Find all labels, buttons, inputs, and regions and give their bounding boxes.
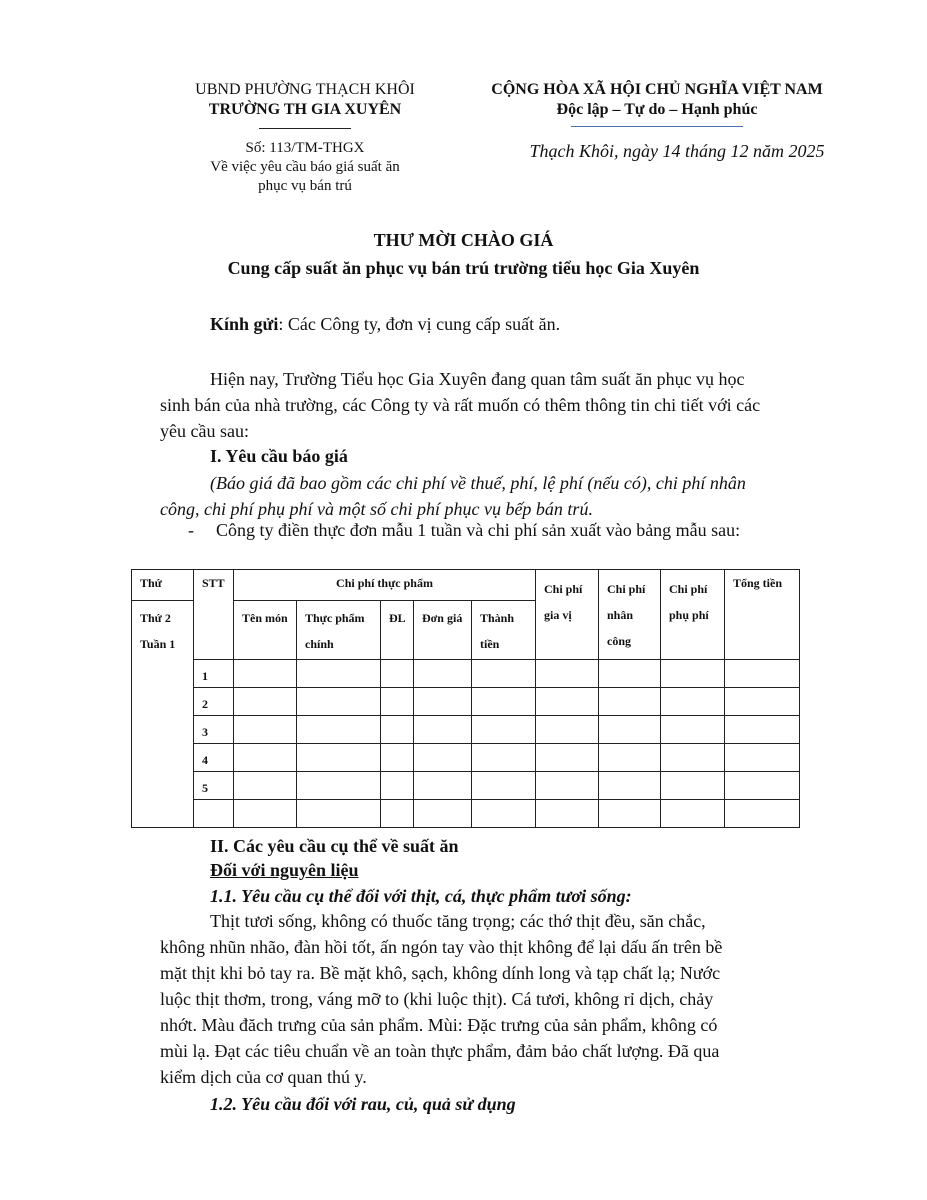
cell[interactable] — [234, 744, 297, 772]
row-number — [194, 800, 234, 828]
intro-line: Hiện nay, Trường Tiểu học Gia Xuyên đang… — [210, 369, 745, 389]
note-line: công, chi phí phụ phí và một số chi phí … — [160, 496, 838, 522]
table-row: 5 — [132, 772, 800, 800]
cell[interactable] — [472, 688, 536, 716]
subheader-amount: Thành tiền — [472, 601, 536, 660]
subheader-dish-name: Tên món — [234, 601, 297, 660]
body-line: không nhũn nhão, đàn hồi tốt, ấn ngón ta… — [160, 934, 838, 960]
header-extra-cost: Chi phí phụ phí — [661, 570, 725, 660]
row-number: 5 — [194, 772, 234, 800]
body-line: Thịt tươi sống, không có thuốc tăng trọn… — [210, 911, 706, 931]
document-number: Số: 113/TM-THGX — [170, 139, 440, 158]
subheader-unit-price: Đơn giá — [414, 601, 472, 660]
cell[interactable] — [297, 660, 381, 688]
cell[interactable] — [234, 660, 297, 688]
cell[interactable] — [661, 800, 725, 828]
item-1-2-title: 1.2. Yêu cầu đối với rau, củ, quả sử dụn… — [210, 1094, 516, 1115]
table-row: 2 — [132, 688, 800, 716]
authority-name: UBND PHƯỜNG THẠCH KHÔI — [170, 80, 440, 100]
table-row: 4 — [132, 744, 800, 772]
bullet-dash: - — [188, 520, 216, 541]
intro-line: sinh bán của nhà trường, các Công ty và … — [160, 392, 838, 418]
cell[interactable] — [297, 688, 381, 716]
subheader-main-food: Thực phẩm chính — [297, 601, 381, 660]
body-line: mùi lạ. Đạt các tiêu chuẩn về an toàn th… — [160, 1038, 838, 1064]
cell[interactable] — [536, 716, 599, 744]
section-1-heading: I. Yêu cầu báo giá — [210, 446, 348, 467]
title-sub: Cung cấp suất ăn phục vụ bán trú trường … — [0, 254, 927, 282]
day-label: Thứ 2 Tuần 1 — [132, 601, 194, 828]
school-name: TRƯỜNG TH GIA XUYÊN — [170, 100, 440, 120]
table-row: 3 — [132, 716, 800, 744]
cell[interactable] — [234, 688, 297, 716]
cell[interactable] — [725, 660, 800, 688]
header-labor-cost: Chi phí nhân công — [599, 570, 661, 660]
cell[interactable] — [234, 716, 297, 744]
national-motto: Độc lập – Tự do – Hạnh phúc — [462, 100, 852, 120]
intro-line: yêu cầu sau: — [160, 418, 838, 444]
cell[interactable] — [297, 772, 381, 800]
cell[interactable] — [661, 744, 725, 772]
intro-paragraph: Hiện nay, Trường Tiểu học Gia Xuyên đang… — [160, 366, 838, 444]
cell[interactable] — [472, 660, 536, 688]
cell[interactable] — [381, 716, 414, 744]
header-food-cost: Chi phí thực phẩm — [234, 570, 536, 601]
cell[interactable] — [599, 772, 661, 800]
nation-title: CỘNG HÒA XÃ HỘI CHỦ NGHĨA VIỆT NAM — [462, 80, 852, 100]
recipient-label: Kính gửi — [210, 314, 278, 334]
cell[interactable] — [381, 800, 414, 828]
note-line: (Báo giá đã bao gồm các chi phí về thuế,… — [210, 473, 746, 493]
table-row: 1 — [132, 660, 800, 688]
issuer-divider — [259, 128, 351, 129]
subject-line-1: Về việc yêu cầu báo giá suất ăn — [170, 158, 440, 177]
cell[interactable] — [297, 744, 381, 772]
header-total: Tổng tiền — [725, 570, 800, 660]
cell[interactable] — [725, 744, 800, 772]
cell[interactable] — [381, 688, 414, 716]
day-label-1: Thứ 2 — [140, 605, 185, 631]
cell[interactable] — [661, 660, 725, 688]
header-thu: Thứ — [132, 570, 194, 601]
section-1-note: (Báo giá đã bao gồm các chi phí về thuế,… — [160, 470, 838, 522]
body-line: luộc thịt thơm, trong, váng mỡ to (khi l… — [160, 986, 838, 1012]
cell[interactable] — [414, 800, 472, 828]
cell[interactable] — [661, 688, 725, 716]
cell[interactable] — [725, 772, 800, 800]
cell[interactable] — [536, 688, 599, 716]
row-number: 1 — [194, 660, 234, 688]
cell[interactable] — [725, 688, 800, 716]
recipient-line: Kính gửi: Các Công ty, đơn vị cung cấp s… — [210, 314, 560, 335]
cell[interactable] — [297, 716, 381, 744]
item-1-1-body: Thịt tươi sống, không có thuốc tăng trọn… — [160, 908, 838, 1090]
subheader-quantity: ĐL — [381, 601, 414, 660]
cell[interactable] — [661, 716, 725, 744]
cell[interactable] — [536, 660, 599, 688]
cell[interactable] — [381, 660, 414, 688]
header-stt: STT — [194, 570, 234, 660]
section-1-bullet: -Công ty điền thực đơn mẫu 1 tuần và chi… — [188, 520, 740, 541]
day-label-2: Tuần 1 — [140, 631, 185, 657]
cell[interactable] — [599, 716, 661, 744]
item-1-1-title: 1.1. Yêu cầu cụ thể đối với thịt, cá, th… — [210, 886, 632, 907]
subject-line-2: phục vụ bán trú — [170, 177, 440, 196]
cell[interactable] — [381, 744, 414, 772]
table-row — [132, 800, 800, 828]
body-line: nhớt. Màu đăch trưng của sản phẩm. Mùi: … — [160, 1012, 838, 1038]
cell[interactable] — [725, 716, 800, 744]
bullet-text: Công ty điền thực đơn mẫu 1 tuần và chi … — [216, 520, 740, 540]
section-2-heading: II. Các yêu cầu cụ thể về suất ăn — [210, 836, 459, 857]
cell[interactable] — [599, 688, 661, 716]
issuer-block: UBND PHƯỜNG THẠCH KHÔI TRƯỜNG TH GIA XUY… — [170, 80, 440, 196]
cell[interactable] — [297, 800, 381, 828]
motto-divider — [571, 126, 743, 127]
cell[interactable] — [599, 800, 661, 828]
title-main: THƯ MỜI CHÀO GIÁ — [0, 226, 927, 254]
cell[interactable] — [414, 660, 472, 688]
cell[interactable] — [536, 772, 599, 800]
section-2-subheading: Đối với nguyên liệu — [210, 860, 359, 881]
cell[interactable] — [414, 716, 472, 744]
cell[interactable] — [381, 772, 414, 800]
cell[interactable] — [725, 800, 800, 828]
row-number: 3 — [194, 716, 234, 744]
cell[interactable] — [472, 716, 536, 744]
cell[interactable] — [661, 772, 725, 800]
cell[interactable] — [234, 772, 297, 800]
cell[interactable] — [536, 744, 599, 772]
price-quote-table: Thứ STT Chi phí thực phẩm Chi phí gia vị… — [131, 569, 800, 828]
place-date: Thạch Khôi, ngày 14 tháng 12 năm 2025 — [502, 141, 852, 162]
cell[interactable] — [536, 800, 599, 828]
national-header: CỘNG HÒA XÃ HỘI CHỦ NGHĨA VIỆT NAM Độc l… — [462, 80, 852, 162]
cell[interactable] — [414, 744, 472, 772]
row-number: 2 — [194, 688, 234, 716]
header-spice-cost: Chi phí gia vị — [536, 570, 599, 660]
cell[interactable] — [472, 744, 536, 772]
cell[interactable] — [599, 660, 661, 688]
cell[interactable] — [472, 800, 536, 828]
row-number: 4 — [194, 744, 234, 772]
cell[interactable] — [599, 744, 661, 772]
cell[interactable] — [472, 772, 536, 800]
cell[interactable] — [414, 772, 472, 800]
document-title: THƯ MỜI CHÀO GIÁ Cung cấp suất ăn phục v… — [0, 226, 927, 282]
cell[interactable] — [414, 688, 472, 716]
table-header-row: Thứ STT Chi phí thực phẩm Chi phí gia vị… — [132, 570, 800, 601]
recipient-text: : Các Công ty, đơn vị cung cấp suất ăn. — [278, 314, 560, 334]
body-line: mặt thịt khi bỏ tay ra. Bề mặt khô, sạch… — [160, 960, 838, 986]
cell[interactable] — [234, 800, 297, 828]
body-line: kiểm dịch của cơ quan thú y. — [160, 1064, 838, 1090]
